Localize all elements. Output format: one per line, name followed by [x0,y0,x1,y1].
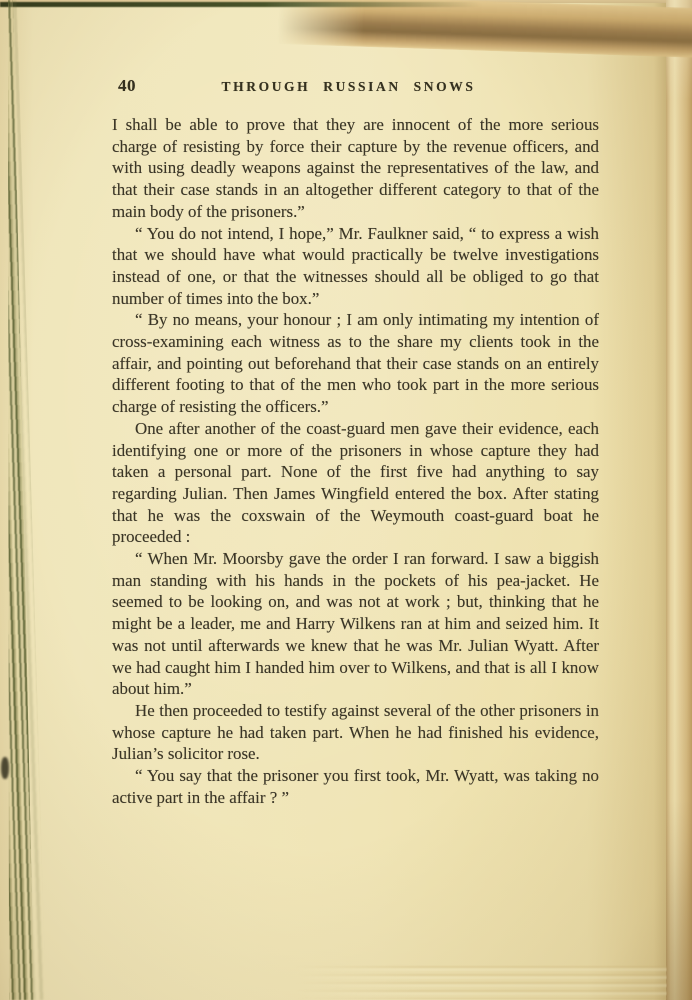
ink-blot-mark [1,757,9,779]
paragraph: One after another of the coast-guard men… [112,418,599,548]
page-header: 40 THROUGH RUSSIAN SNOWS [112,76,599,98]
paragraph: “ You do not intend, I hope,” Mr. Faulkn… [112,223,599,310]
running-title: THROUGH RUSSIAN SNOWS [112,79,585,95]
fore-edge-pages [666,0,692,1000]
paragraph: I shall be able to prove that they are i… [112,114,599,223]
cover-edge-line [0,2,480,7]
bottom-page-edges [295,963,667,999]
book-scan: 40 THROUGH RUSSIAN SNOWS I shall be able… [0,0,692,1000]
body-text: I shall be able to prove that they are i… [112,114,599,809]
paragraph: He then proceeded to testify against sev… [112,700,599,765]
paragraph: “ You say that the prisoner you first to… [112,765,599,808]
paragraph: “ When Mr. Moorsby gave the order I ran … [112,548,599,700]
paragraph: “ By no means, your honour ; I am only i… [112,309,599,418]
printed-text-block: 40 THROUGH RUSSIAN SNOWS I shall be able… [112,76,599,809]
